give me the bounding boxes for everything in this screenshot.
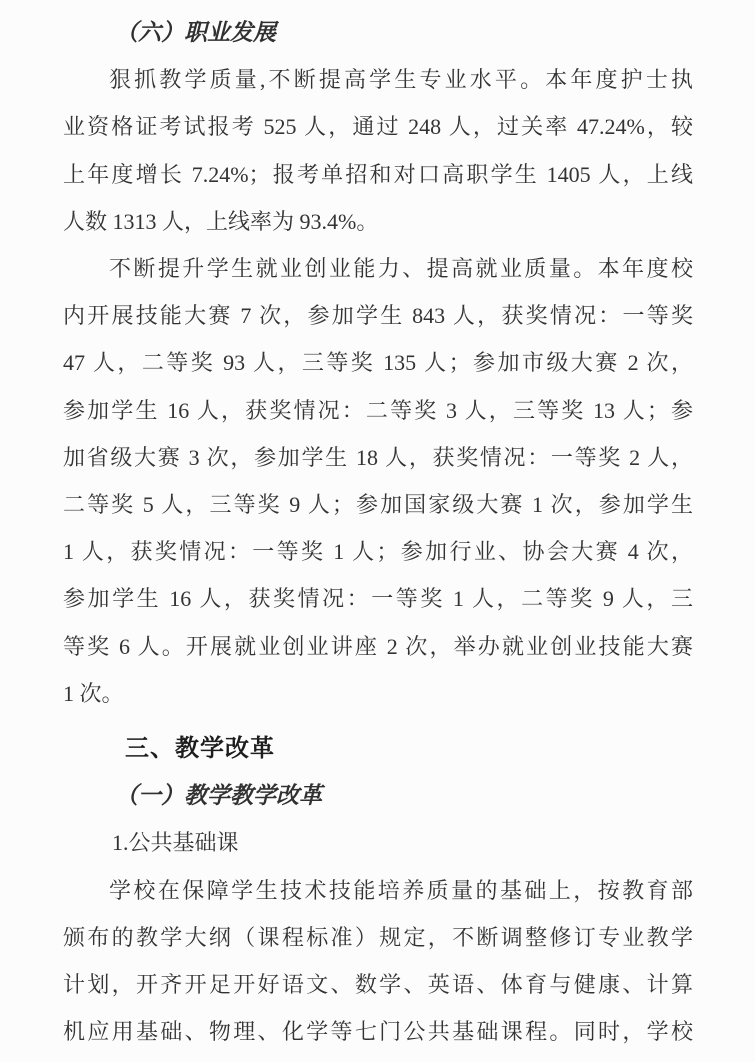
text-line: 机应用基础、物理、化学等七门公共基础课程。同时，学校 [63,1008,693,1055]
paragraph-public-basic-courses: 学校在保障学生技术技能培养质量的基础上，按教育部颁布的教学大纲（课程标准）规定，… [63,867,693,1056]
paragraph-skills-competitions: 不断提升学生就业创业能力、提高就业质量。本年度校内开展技能大赛 7 次，参加学生… [63,245,693,717]
text-line: 计划，开齐开足开好语文、数学、英语、体育与健康、计算 [63,961,693,1008]
text-line: 人数 1313 人，上线率为 93.4%。 [63,198,693,245]
text-line: 1 人，获奖情况：一等奖 1 人；参加行业、协会大赛 4 次， [63,528,693,575]
chapter-heading-teaching-reform: 三、教学改革 [63,725,693,772]
text-line: 狠抓教学质量,不断提高学生专业水平。本年度护士执 [63,56,693,103]
document-page: （六）职业发展 狠抓教学质量,不断提高学生专业水平。本年度护士执业资格证考试报考… [0,0,755,1062]
item-heading-public-basic-courses: 1.公共基础课 [63,819,693,866]
page-content: （六）职业发展 狠抓教学质量,不断提高学生专业水平。本年度护士执业资格证考试报考… [0,0,755,1055]
text-line: 参加学生 16 人，获奖情况：二等奖 3 人，三等奖 13 人；参 [63,387,693,434]
text-line: 学校在保障学生技术技能培养质量的基础上，按教育部 [63,867,693,914]
text-line: 颁布的教学大纲（课程标准）规定，不断调整修订专业教学 [63,914,693,961]
text-line: 上年度增长 7.24%；报考单招和对口高职学生 1405 人，上线 [63,151,693,198]
text-line: 加省级大赛 3 次，参加学生 18 人，获奖情况：一等奖 2 人， [63,434,693,481]
text-line: 业资格证考试报考 525 人，通过 248 人，过关率 47.24%，较 [63,103,693,150]
text-line: 等奖 6 人。开展就业创业讲座 2 次，举办就业创业技能大赛 [63,623,693,670]
paragraph-nurse-exam-results: 狠抓教学质量,不断提高学生专业水平。本年度护士执业资格证考试报考 525 人，通… [63,56,693,245]
text-line: 内开展技能大赛 7 次，参加学生 843 人，获奖情况：一等奖 [63,292,693,339]
text-line: 1 次。 [63,670,693,717]
text-line: 参加学生 16 人，获奖情况：一等奖 1 人，二等奖 9 人，三 [63,575,693,622]
section-heading-career-development: （六）职业发展 [63,9,693,56]
text-line: 47 人，二等奖 93 人，三等奖 135 人；参加市级大赛 2 次， [63,339,693,386]
text-line: 二等奖 5 人，三等奖 9 人；参加国家级大赛 1 次，参加学生 [63,481,693,528]
text-line: 不断提升学生就业创业能力、提高就业质量。本年度校 [63,245,693,292]
section-heading-teaching-teaching-reform: （一）教学教学改革 [63,772,693,819]
